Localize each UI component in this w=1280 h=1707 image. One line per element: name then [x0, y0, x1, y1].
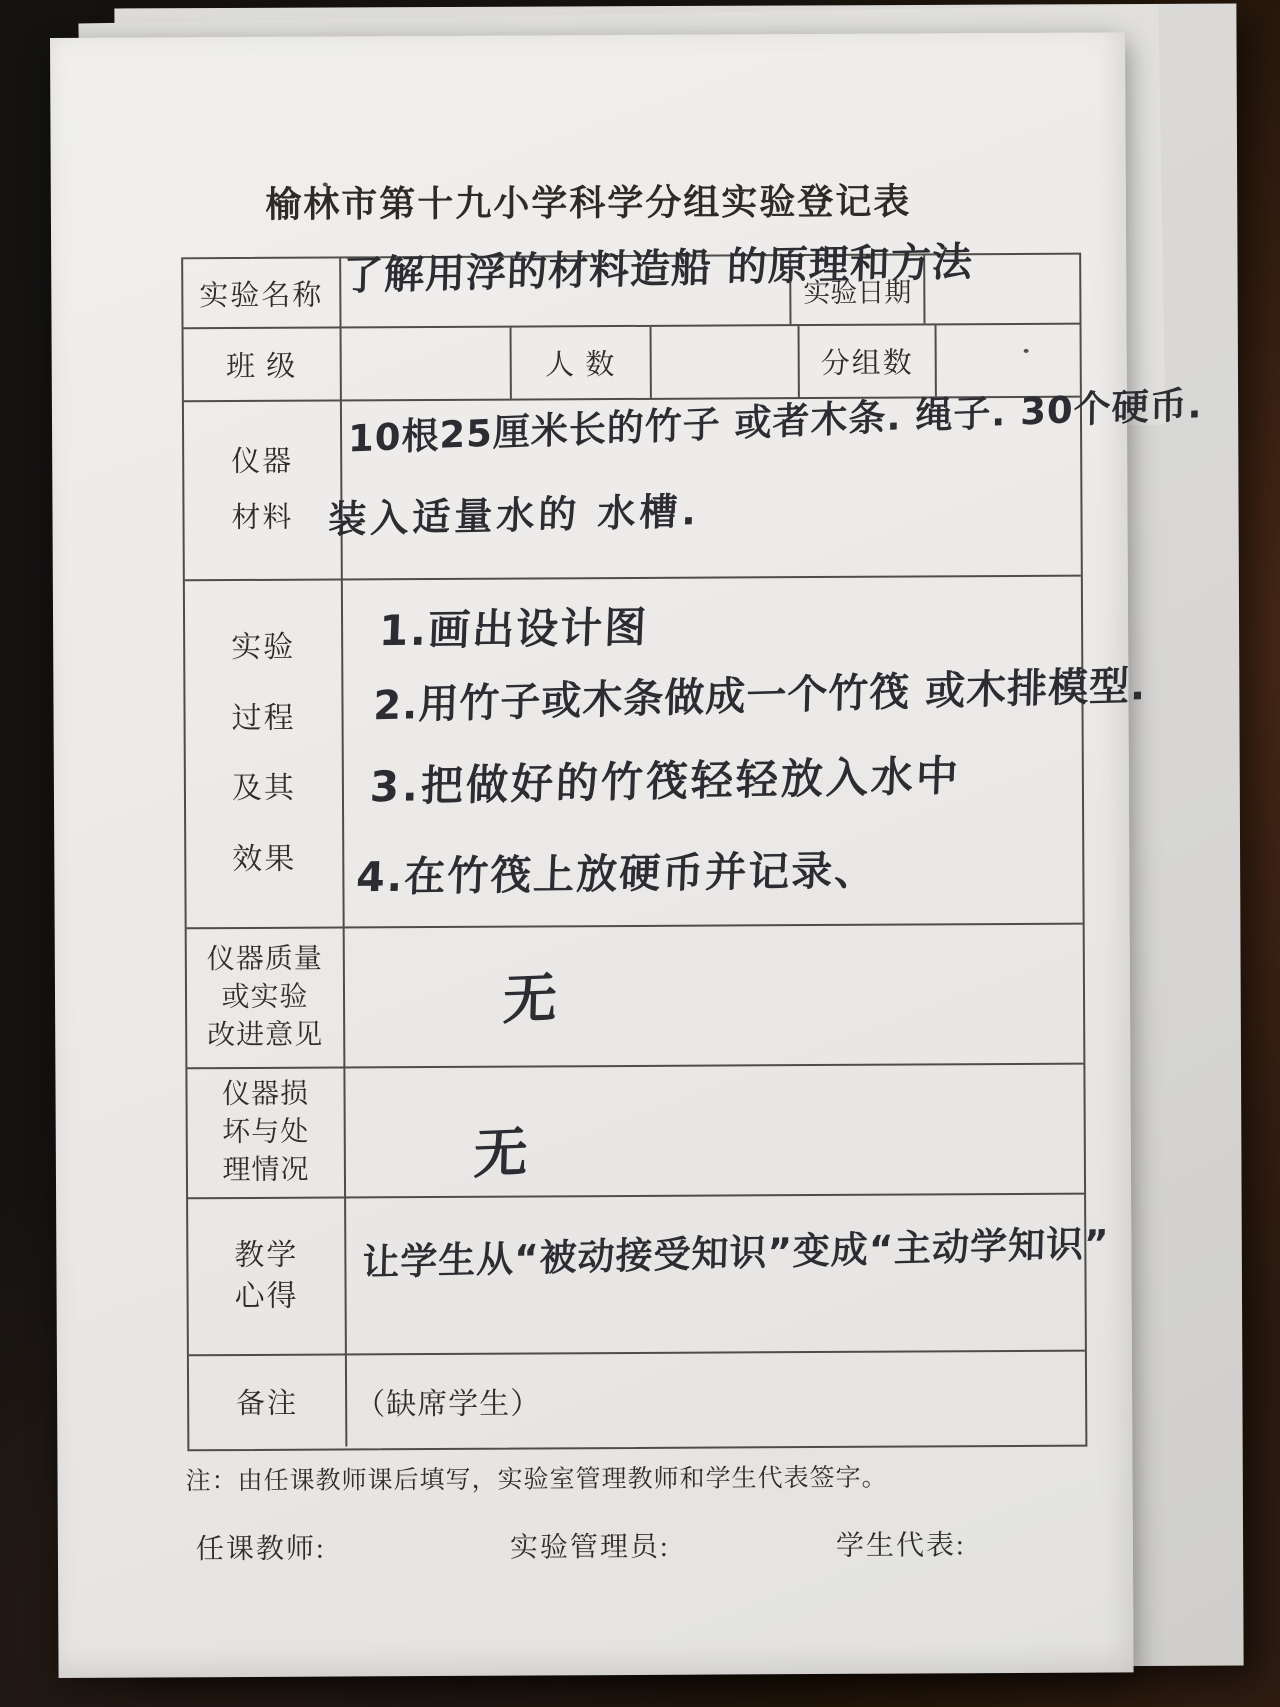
- damage-content-cell: [345, 1065, 1084, 1197]
- experiment-name-label-cell: 实验名称: [183, 258, 341, 327]
- damage-label-cell: 仪器损 坏与处 理情况: [187, 1068, 346, 1197]
- handwritten-quality-none: 无: [502, 955, 558, 1034]
- process-label-line: 效果: [232, 824, 296, 895]
- process-label-cell: 实验 过程 及其 效果: [185, 580, 345, 927]
- students-label: 人 数: [545, 342, 616, 383]
- remark-value-cell: （缺席学生）: [347, 1352, 1085, 1447]
- insight-label-line: 教学: [234, 1236, 298, 1277]
- handwritten-damage-none: 无: [473, 1110, 529, 1189]
- experiment-name-label: 实验名称: [199, 272, 323, 314]
- registration-form-paper: 榆林市第十九小学科学分组实验登记表 实验名称 实验日期 班 级: [50, 32, 1134, 1678]
- materials-label-line: 仪器: [231, 435, 293, 490]
- process-label-line: 及其: [232, 754, 296, 825]
- photo-scene: 榆林市第十九小学科学分组实验登记表 实验名称 实验日期 班 级: [0, 0, 1280, 1707]
- students-label-cell: 人 数: [512, 327, 652, 399]
- quality-label-cell: 仪器质量 或实验 改进意见: [187, 928, 346, 1067]
- students-value-cell: [652, 326, 800, 398]
- row-remark: 备注 （缺席学生）: [189, 1352, 1085, 1448]
- signature-row: 任课教师: 实验管理员: 学生代表:: [58, 1522, 1133, 1568]
- class-value-cell: [342, 328, 512, 400]
- remark-label: 备注: [236, 1381, 298, 1422]
- quality-label-line: 或实验: [221, 979, 308, 1017]
- student-signature-label: 学生代表:: [836, 1523, 966, 1564]
- quality-label-line: 仪器质量: [207, 941, 323, 979]
- quality-label-line: 改进意见: [207, 1016, 323, 1054]
- teacher-signature-label: 任课教师:: [196, 1527, 326, 1568]
- handwritten-process-step-3: 3.把做好的竹筏轻轻放入水中: [369, 743, 962, 814]
- handwritten-process-step-4: 4.在竹筏上放硬币并记录、: [355, 837, 878, 903]
- process-label-line: 实验: [231, 613, 295, 684]
- process-label-line: 过程: [231, 683, 295, 754]
- handwritten-process-step-1: 1.画出设计图: [378, 595, 649, 659]
- remark-value: （缺席学生）: [347, 1352, 1085, 1447]
- row-quality: 仪器质量 或实验 改进意见: [187, 925, 1084, 1070]
- insight-label-cell: 教学 心得: [188, 1198, 347, 1354]
- damage-label-line: 仪器损: [222, 1076, 309, 1114]
- groups-label: 分组数: [821, 340, 914, 381]
- class-label-cell: 班 级: [184, 328, 342, 400]
- handwritten-materials-line2: 装入适量水的 水槽.: [328, 480, 701, 543]
- remark-label-cell: 备注: [189, 1355, 347, 1447]
- insight-label-line: 心得: [234, 1276, 298, 1317]
- row-damage: 仪器损 坏与处 理情况: [187, 1065, 1084, 1200]
- damage-label-line: 理情况: [222, 1152, 309, 1190]
- materials-label-cell: 仪器 材料: [184, 401, 343, 579]
- class-label: 班 级: [226, 344, 297, 385]
- manager-signature-label: 实验管理员:: [510, 1525, 670, 1566]
- footer-note: 注：由任课教师课后填写，实验室管理教师和学生代表签字。: [185, 1458, 887, 1498]
- form-title: 榆林市第十九小学科学分组实验登记表: [51, 172, 1126, 229]
- quality-content-cell: [345, 925, 1084, 1067]
- materials-label-line: 材料: [231, 490, 293, 545]
- damage-label-line: 坏与处: [222, 1114, 309, 1152]
